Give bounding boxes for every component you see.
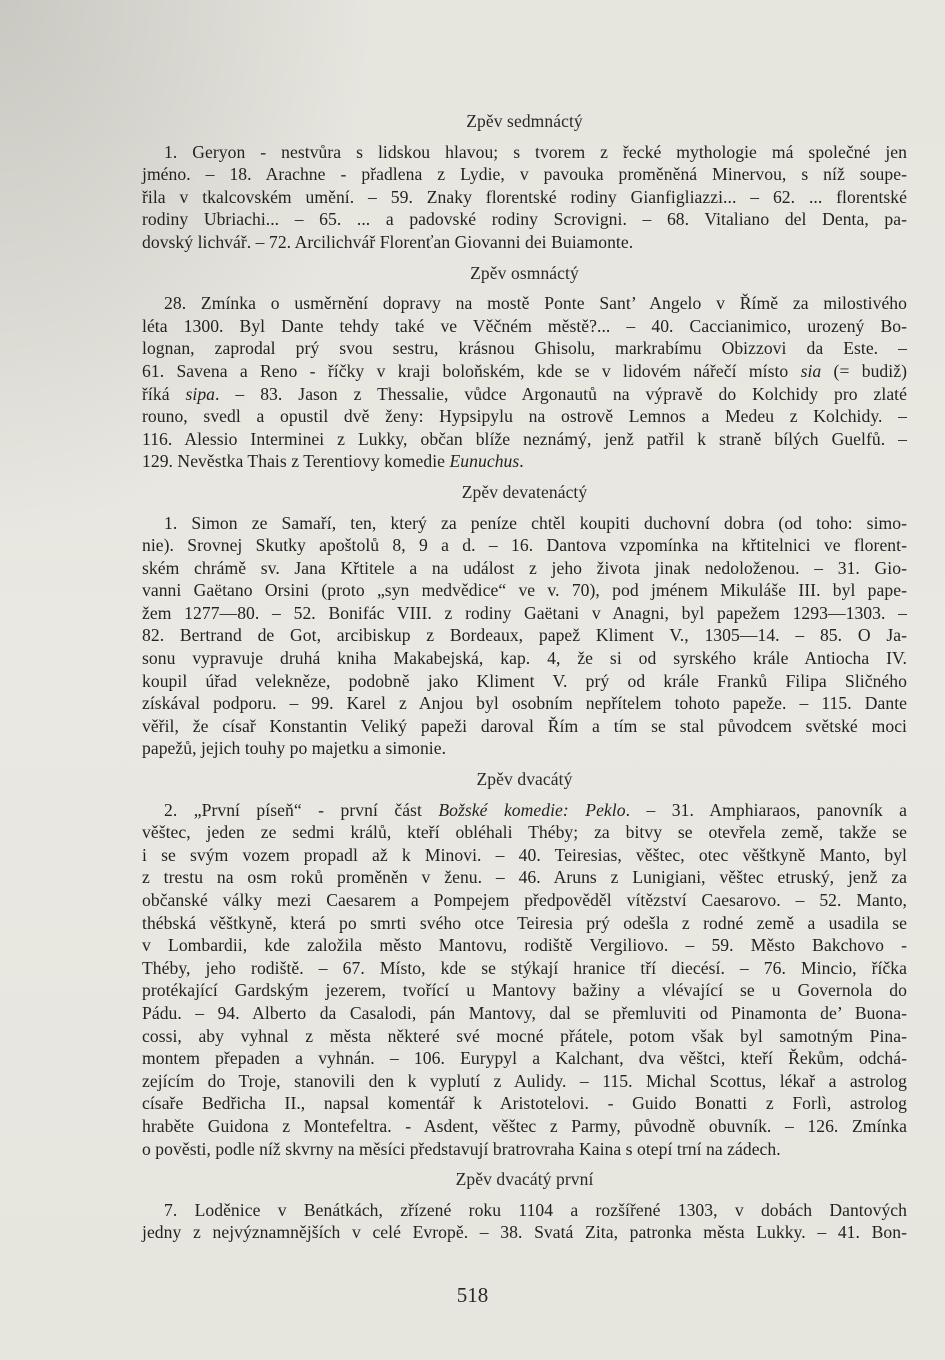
section-heading-20: Zpěv dvacátý bbox=[142, 768, 907, 791]
page-number: 518 bbox=[0, 1283, 945, 1308]
text-line: montem přepaden a vyhnán. – 106. Eurypyl… bbox=[142, 1047, 907, 1070]
text-line: hraběte Guidona z Montefeltra. - Asdent,… bbox=[142, 1115, 907, 1138]
text-line: protékající Gardským jezerem, tvořící u … bbox=[142, 979, 907, 1002]
section-heading-21: Zpěv dvacátý první bbox=[142, 1168, 907, 1191]
text-line: 61. Savena a Reno - říčky v kraji boloňs… bbox=[142, 360, 907, 383]
text-line: koupil úřad velekněze, podobně jako Klim… bbox=[142, 670, 907, 693]
text-line: rodiny Ubriachi... – 65. ... a padovské … bbox=[142, 208, 907, 231]
text-line: 129. Nevěstka Thais z Terentiovy komedie… bbox=[142, 450, 907, 473]
text-line: císaře Bedřicha II., napsal komentář k A… bbox=[142, 1092, 907, 1115]
text-line: cossi, aby vyhnal z města některé své mo… bbox=[142, 1025, 907, 1048]
section-text-20: 2. „První píseň“ - první část Božské kom… bbox=[142, 799, 907, 1161]
text-line: o pověsti, podle níž skvrny na měsíci př… bbox=[142, 1138, 907, 1161]
section-heading-17: Zpěv sedmnáctý bbox=[142, 110, 907, 133]
text-line: ském chrámě sv. Jana Křtitele a na událo… bbox=[142, 557, 907, 580]
section-text-21: 7. Loděnice v Benátkách, zřízené roku 11… bbox=[142, 1199, 907, 1244]
text-line: říká sipa. – 83. Jason z Thessalie, vůdc… bbox=[142, 383, 907, 406]
italic-term: sia bbox=[801, 361, 822, 381]
text-line: 82. Bertrand de Got, arcibiskup z Bordea… bbox=[142, 624, 907, 647]
text-line: občanské války mezi Caesarem a Pompejem … bbox=[142, 889, 907, 912]
text-line: 116. Alessio Interminei z Lukky, občan b… bbox=[142, 428, 907, 451]
text-line: papežů, jejich touhy po majetku a simoni… bbox=[142, 737, 907, 760]
text-line: sonu vypravuje druhá kniha Makabejská, k… bbox=[142, 647, 907, 670]
text-line: rouno, svedl a opustil dvě ženy: Hypsipy… bbox=[142, 405, 907, 428]
text-line: i se svým vozem propadl až k Minovi. – 4… bbox=[142, 844, 907, 867]
text-line: zejícím do Troje, stanovili den k vyplut… bbox=[142, 1070, 907, 1093]
page-body: Zpěv sedmnáctý 1. Geryon - nestvůra s li… bbox=[142, 110, 907, 1252]
text-line: 1. Simon ze Samaří, ten, který za peníze… bbox=[142, 512, 907, 535]
text-line: léta 1300. Byl Dante tehdy také ve Věčné… bbox=[142, 315, 907, 338]
text-line: z trestu na osm roků proměněn v ženu. – … bbox=[142, 866, 907, 889]
text-line: lognan, zaprodal prý svou sestru, krásno… bbox=[142, 337, 907, 360]
section-text-19: 1. Simon ze Samaří, ten, který za peníze… bbox=[142, 512, 907, 761]
text-line: 28. Zmínka o usměrnění dopravy na mostě … bbox=[142, 292, 907, 315]
text-line: věřil, že císař Konstantin Veliký papeži… bbox=[142, 715, 907, 738]
text-line: dovský lichvář. – 72. Arcilichvář Floren… bbox=[142, 231, 907, 254]
text-line: Théby, jeho rodiště. – 67. Místo, kde se… bbox=[142, 957, 907, 980]
section-text-18: 28. Zmínka o usměrnění dopravy na mostě … bbox=[142, 292, 907, 473]
text-line: jedny z nejvýznamnějších v celé Evropě. … bbox=[142, 1221, 907, 1244]
text-line: věštec, jeden ze sedmi králů, kteří oblé… bbox=[142, 821, 907, 844]
text-line: Pádu. – 94. Alberto da Casalodi, pán Man… bbox=[142, 1002, 907, 1025]
text-line: 7. Loděnice v Benátkách, zřízené roku 11… bbox=[142, 1199, 907, 1222]
text-line: žem 1277—80. – 52. Bonifác VIII. z rodin… bbox=[142, 602, 907, 625]
text-line: nie). Srovnej Skutky apoštolů 8, 9 a d. … bbox=[142, 534, 907, 557]
italic-term: sipa bbox=[186, 384, 216, 404]
text-line: 1. Geryon - nestvůra s lidskou hlavou; s… bbox=[142, 141, 907, 164]
text-line: získával podporu. – 99. Karel z Anjou by… bbox=[142, 692, 907, 715]
section-text-17: 1. Geryon - nestvůra s lidskou hlavou; s… bbox=[142, 141, 907, 254]
text-line: 2. „První píseň“ - první část Božské kom… bbox=[142, 799, 907, 822]
italic-term: Eunuchus bbox=[450, 451, 520, 471]
section-heading-18: Zpěv osmnáctý bbox=[142, 262, 907, 285]
section-heading-19: Zpěv devatenáctý bbox=[142, 481, 907, 504]
text-line: vanni Gaëtano Orsini (proto „syn medvědi… bbox=[142, 579, 907, 602]
text-line: v Lombardii, kde založila město Mantovu,… bbox=[142, 934, 907, 957]
italic-term: Božské komedie: Peklo bbox=[438, 800, 625, 820]
text-line: jméno. – 18. Arachne - přadlena z Lydie,… bbox=[142, 163, 907, 186]
text-line: thébská věštkyně, která po smrti svého o… bbox=[142, 912, 907, 935]
text-line: řila v tkalcovském umění. – 59. Znaky fl… bbox=[142, 186, 907, 209]
